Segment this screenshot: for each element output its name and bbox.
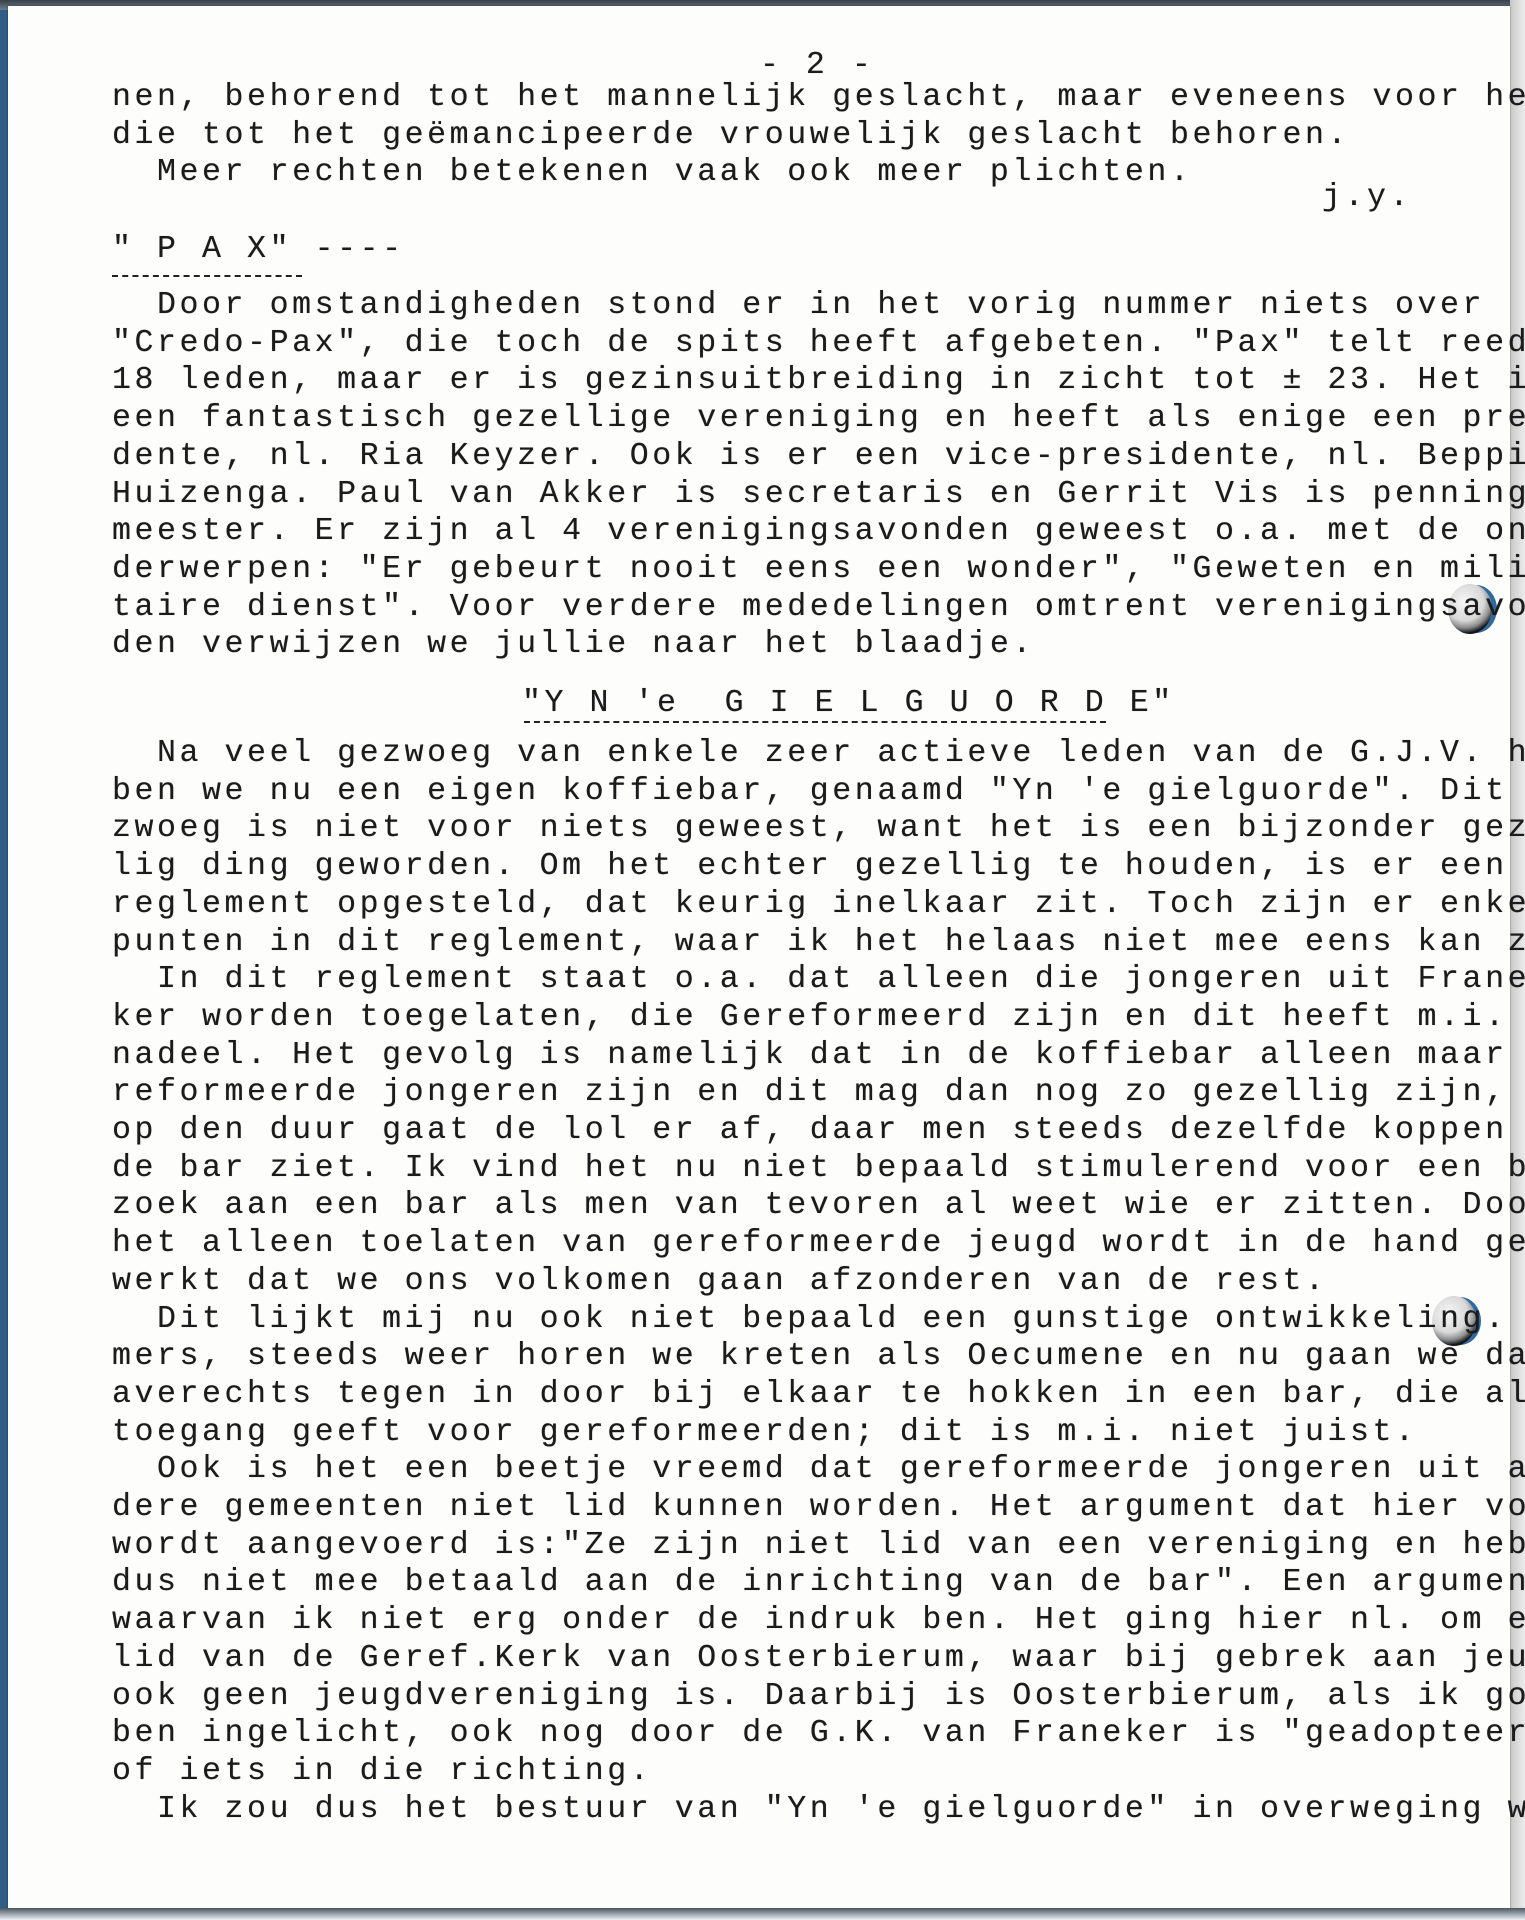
text-line: Ook is het een beetje vreemd dat gerefor…	[112, 1454, 1525, 1486]
text-line: die tot het geëmancipeerde vrouwelijk ge…	[112, 120, 1350, 152]
text-line: het alleen toelaten van gereformeerde je…	[112, 1228, 1525, 1260]
text-line: "Credo-Pax", die toch de spits heeft afg…	[112, 328, 1525, 360]
text-line: ben ingelicht, ook nog door de G.K. van …	[112, 1718, 1525, 1750]
text-line: zoek aan een bar als men van tevoren al …	[112, 1190, 1525, 1222]
text-line: mers, steeds weer horen we kreten als Oe…	[112, 1341, 1525, 1373]
text-line: den verwijzen we jullie naar het blaadje…	[112, 629, 1035, 661]
text-line: reglement opgesteld, dat keurig inelkaar…	[112, 889, 1525, 921]
text-line: op den duur gaat de lol er af, daar men …	[112, 1115, 1525, 1147]
text-line: ker worden toegelaten, die Gereformeerd …	[112, 1002, 1525, 1034]
text-line: reformeerde jongeren zijn en dit mag dan…	[112, 1077, 1525, 1109]
text-line: Door omstandigheden stond er in het vori…	[112, 290, 1485, 322]
text-line: wordt aangevoerd is:"Ze zijn niet lid va…	[112, 1530, 1525, 1562]
text-line: dente, nl. Ria Keyzer. Ook is er een vic…	[112, 441, 1525, 473]
text-line: punten in dit reglement, waar ik het hel…	[112, 927, 1525, 959]
text-line: waarvan ik niet erg onder de indruk ben.…	[112, 1605, 1525, 1637]
text-line: In dit reglement staat o.a. dat alleen d…	[112, 964, 1525, 996]
signature: j.y.	[1322, 182, 1412, 214]
text-line: lig ding geworden. Om het echter gezelli…	[112, 851, 1508, 883]
text-line: 18 leden, maar er is gezinsuitbreiding i…	[112, 365, 1525, 397]
heading-underline	[112, 275, 302, 277]
text-line: dus niet mee betaald aan de inrichting v…	[112, 1567, 1525, 1599]
text-line: de bar ziet. Ik vind het nu niet bepaald…	[112, 1153, 1525, 1185]
text-line: een fantastisch gezellige vereniging en …	[112, 403, 1525, 435]
text-line: derwerpen: "Er gebeurt nooit eens een wo…	[112, 554, 1525, 586]
text-line: nadeel. Het gevolg is namelijk dat in de…	[112, 1040, 1525, 1072]
text-line: nen, behorend tot het mannelijk geslacht…	[112, 82, 1525, 114]
text-line: taire dienst". Voor verdere mededelingen…	[112, 592, 1525, 624]
text-line: lid van de Geref.Kerk van Oosterbierum, …	[112, 1643, 1525, 1675]
text-line: averechts tegen in door bij elkaar te ho…	[112, 1379, 1525, 1411]
text-line: ben we nu een eigen koffiebar, genaamd "…	[112, 776, 1525, 808]
page-number: - 2 -	[760, 50, 875, 82]
section-heading-gielguorde: "Y N 'e G I E L G U O R D E"	[522, 688, 1175, 720]
text-line: meester. Er zijn al 4 verenigingsavonden…	[112, 516, 1525, 548]
text-line: zwoeg is niet voor niets geweest, want h…	[112, 813, 1525, 845]
heading-underline	[524, 721, 1106, 723]
text-line: Dit lijkt mij nu ook niet bepaald een gu…	[112, 1304, 1525, 1336]
text-line: Na veel gezwoeg van enkele zeer actieve …	[112, 738, 1525, 770]
text-line: Huizenga. Paul van Akker is secretaris e…	[112, 479, 1525, 511]
scan-bottom-edge	[0, 1908, 1525, 1920]
text-line: Meer rechten betekenen vaak ook meer pli…	[112, 157, 1192, 189]
text-line: werkt dat we ons volkomen gaan afzondere…	[112, 1266, 1328, 1298]
text-line: toegang geeft voor gereformeerden; dit i…	[112, 1417, 1418, 1449]
section-heading-pax: " P A X" ----	[112, 234, 405, 266]
text-line: dere gemeenten niet lid kunnen worden. H…	[112, 1492, 1525, 1524]
text-line: ook geen jeugdvereniging is. Daarbij is …	[112, 1681, 1525, 1713]
text-line: Ik zou dus het bestuur van "Yn 'e gielgu…	[112, 1794, 1525, 1826]
text-line: of iets in die richting.	[112, 1756, 652, 1788]
